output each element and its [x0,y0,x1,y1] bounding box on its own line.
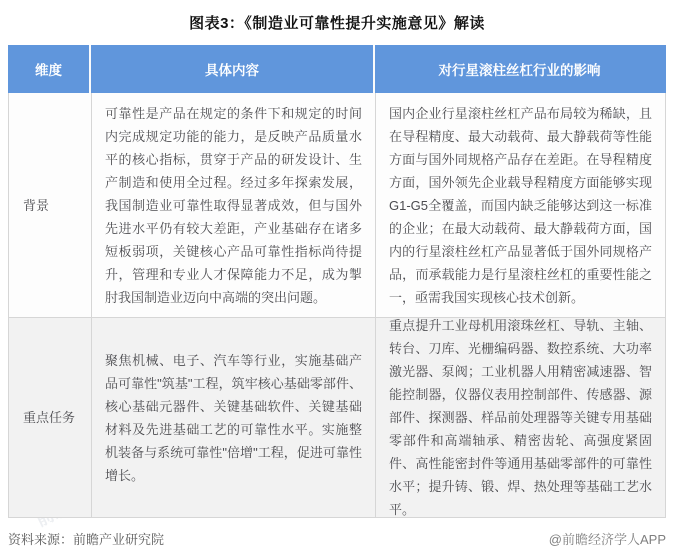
row-content-cell: 聚焦机械、电子、汽车等行业，实施基础产品可靠性"筑基"工程，筑牢核心基础零部件、… [92,318,376,517]
header-cell-dimension: 维度 [8,45,91,93]
footer-source: 资料来源：前瞻产业研究院 [8,529,164,548]
table-header-row: 维度 具体内容 对行星滚柱丝杠行业的影响 [8,45,666,93]
row-impact-cell: 国内企业行星滚柱丝杠产品布局较为稀缺，且在导程精度、最大动载荷、最大静载荷等性能… [376,93,665,317]
table-row-background: 背景 可靠性是产品在规定的条件下和规定的时间内完成规定功能的能力，是反映产品质量… [8,93,666,318]
page: 图表3：《制造业可靠性提升实施意见》解读 前瞻产业研究院 前瞻产业研究院 前瞻产… [0,0,674,560]
row-impact-cell: 重点提升工业母机用滚珠丝杠、导轨、主轴、转台、刀库、光栅编码器、数控系统、大功率… [376,318,665,517]
footer-credit: @前瞻经济学人APP [549,529,666,548]
row-label-cell: 背景 [9,93,92,317]
row-content-text: 可靠性是产品在规定的条件下和规定的时间内完成规定功能的能力，是反映产品质量水平的… [105,102,362,309]
header-cell-impact: 对行星滚柱丝杠行业的影响 [375,45,664,93]
row-label-cell: 重点任务 [9,318,92,517]
table-row-key-tasks: 重点任务 聚焦机械、电子、汽车等行业，实施基础产品可靠性"筑基"工程，筑牢核心基… [8,318,666,518]
row-impact-text: 国内企业行星滚柱丝杠产品布局较为稀缺，且在导程精度、最大动载荷、最大静载荷等性能… [389,102,652,309]
reliability-table: 维度 具体内容 对行星滚柱丝杠行业的影响 背景 可靠性是产品在规定的条件下和规定… [8,45,666,518]
row-impact-text: 重点提升工业母机用滚珠丝杠、导轨、主轴、转台、刀库、光栅编码器、数控系统、大功率… [389,314,652,521]
row-content-text: 聚焦机械、电子、汽车等行业，实施基础产品可靠性"筑基"工程，筑牢核心基础零部件、… [105,349,362,487]
header-cell-content: 具体内容 [91,45,375,93]
page-title: 图表3：《制造业可靠性提升实施意见》解读 [0,12,674,33]
row-content-cell: 可靠性是产品在规定的条件下和规定的时间内完成规定功能的能力，是反映产品质量水平的… [92,93,376,317]
